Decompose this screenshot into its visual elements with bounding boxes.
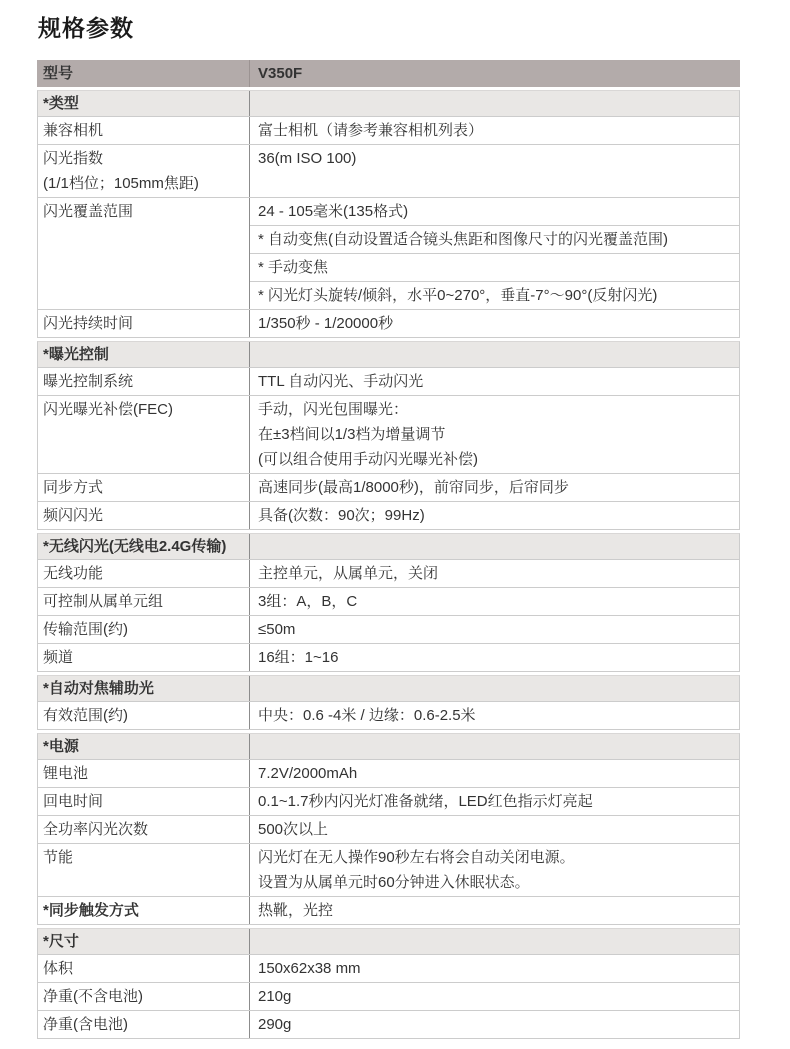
cell-text: 净重(不含电池) [43,984,243,1009]
row-label: *同步触发方式 [38,897,249,924]
row-value-empty [249,342,739,367]
row-label: 兼容相机 [38,117,249,144]
cell-text: *无线闪光(无线电2.4G传输) [43,535,243,558]
row-value-empty [249,534,739,559]
cell-text: V350F [258,61,729,86]
page-title: 规格参数 [38,10,740,43]
row-label: 频闪闪光 [38,502,249,529]
row-value-empty [249,929,739,954]
section-header-row: *无线闪光(无线电2.4G传输) [37,533,740,560]
cell-text: *尺寸 [43,930,243,953]
table-row: 净重(不含电池)210g [37,983,740,1011]
value-subrow: 3组：A，B，C [250,588,739,615]
cell-text: 闪光指数 [43,146,243,171]
table-row: 锂电池7.2V/2000mAh [37,760,740,788]
row-value: 500次以上 [249,816,739,843]
value-subrow: 0.1~1.7秒内闪光灯准备就绪，LED红色指示灯亮起 [250,788,739,815]
row-value: 高速同步(最高1/8000秒)，前帘同步，后帘同步 [249,474,739,501]
row-label: *无线闪光(无线电2.4G传输) [38,534,249,559]
row-label: 同步方式 [38,474,249,501]
table-row: 闪光指数(1/1档位；105mm焦距)36(m ISO 100) [37,145,740,198]
table-row: 有效范围(约)中央：0.6 -4米 / 边缘：0.6-2.5米 [37,702,740,730]
table-header-row: 型号V350F [37,60,740,87]
value-subrow: 36(m ISO 100) [250,145,739,197]
row-label: 锂电池 [38,760,249,787]
row-label: *类型 [38,91,249,116]
cell-text: 兼容相机 [43,118,243,143]
row-value: 手动，闪光包围曝光：在±3档间以1/3档为增量调节(可以组合使用手动闪光曝光补偿… [249,396,739,473]
cell-text: 闪光覆盖范围 [43,199,243,224]
row-label: 闪光曝光补偿(FEC) [38,396,249,473]
section-header-row: *类型 [37,90,740,117]
row-label: 可控制从属单元组 [38,588,249,615]
cell-text: 净重(含电池) [43,1012,243,1037]
cell-text: 热靴，光控 [258,898,729,923]
row-value: 中央：0.6 -4米 / 边缘：0.6-2.5米 [249,702,739,729]
cell-text: *自动对焦辅助光 [43,677,243,700]
cell-text: * 手动变焦 [258,255,729,280]
cell-text: TTL 自动闪光、手动闪光 [258,369,729,394]
row-value: V350F [249,60,739,87]
row-value: 富士相机（请参考兼容相机列表） [249,117,739,144]
table-row: 闪光覆盖范围24 - 105毫米(135格式)* 自动变焦(自动设置适合镜头焦距… [37,198,740,310]
cell-text: ≤50m [258,617,729,642]
row-value: 闪光灯在无人操作90秒左右将会自动关闭电源。设置为从属单元时60分钟进入休眠状态… [249,844,739,896]
row-value-empty [249,734,739,759]
value-subrow: * 自动变焦(自动设置适合镜头焦距和图像尺寸的闪光覆盖范围) [250,225,739,253]
cell-text: 频道 [43,645,243,670]
cell-text: 290g [258,1012,729,1037]
row-label: 净重(含电池) [38,1011,249,1038]
cell-text: 210g [258,984,729,1009]
row-label: *自动对焦辅助光 [38,676,249,701]
row-value: 150x62x38 mm [249,955,739,982]
value-subrow: 500次以上 [250,816,739,843]
row-label: 频道 [38,644,249,671]
cell-text: (可以组合使用手动闪光曝光补偿) [258,447,729,472]
section-header-row: *曝光控制 [37,341,740,368]
row-label: 闪光覆盖范围 [38,198,249,309]
row-label: 型号 [38,60,249,87]
value-subrow: 290g [250,1011,739,1038]
row-value-empty [249,676,739,701]
cell-text: 150x62x38 mm [258,956,729,981]
cell-text: 富士相机（请参考兼容相机列表） [258,118,729,143]
row-label: *电源 [38,734,249,759]
row-value: 290g [249,1011,739,1038]
row-label: 闪光指数(1/1档位；105mm焦距) [38,145,249,197]
value-subrow: 210g [250,983,739,1010]
row-label: 回电时间 [38,788,249,815]
cell-text: 回电时间 [43,789,243,814]
table-row: 曝光控制系统TTL 自动闪光、手动闪光 [37,368,740,396]
cell-text: * 自动变焦(自动设置适合镜头焦距和图像尺寸的闪光覆盖范围) [258,227,729,252]
row-value: 210g [249,983,739,1010]
cell-text: 24 - 105毫米(135格式) [258,199,729,224]
section-header-row: *自动对焦辅助光 [37,675,740,702]
row-value: 36(m ISO 100) [249,145,739,197]
value-subrow: * 手动变焦 [250,253,739,281]
value-subrow: 1/350秒 - 1/20000秒 [250,310,739,337]
cell-text: 500次以上 [258,817,729,842]
cell-text: 传输范围(约) [43,617,243,642]
cell-text: 有效范围(约) [43,703,243,728]
table-row: *同步触发方式热靴，光控 [37,897,740,925]
value-subrow: 中央：0.6 -4米 / 边缘：0.6-2.5米 [250,702,739,729]
cell-text: 闪光灯在无人操作90秒左右将会自动关闭电源。 [258,845,729,870]
cell-text: *同步触发方式 [43,898,243,923]
table-row: 闪光曝光补偿(FEC)手动，闪光包围曝光：在±3档间以1/3档为增量调节(可以组… [37,396,740,474]
cell-text: 16组：1~16 [258,645,729,670]
value-subrow: 手动，闪光包围曝光：在±3档间以1/3档为增量调节(可以组合使用手动闪光曝光补偿… [250,396,739,473]
table-row: 传输范围(约)≤50m [37,616,740,644]
row-value: 3组：A，B，C [249,588,739,615]
cell-text: 可控制从属单元组 [43,589,243,614]
row-value: 1/350秒 - 1/20000秒 [249,310,739,337]
value-subrow: 24 - 105毫米(135格式) [250,198,739,225]
cell-text: 频闪闪光 [43,503,243,528]
section-header-row: *尺寸 [37,928,740,955]
row-label: *曝光控制 [38,342,249,367]
value-subrow: 高速同步(最高1/8000秒)，前帘同步，后帘同步 [250,474,739,501]
value-subrow: ≤50m [250,616,739,643]
row-label: 闪光持续时间 [38,310,249,337]
spec-page: 规格参数 型号V350F*类型兼容相机富士相机（请参考兼容相机列表）闪光指数(1… [0,0,790,1049]
row-label: 曝光控制系统 [38,368,249,395]
table-row: 无线功能主控单元，从属单元，关闭 [37,560,740,588]
row-value: TTL 自动闪光、手动闪光 [249,368,739,395]
cell-text: *类型 [43,92,243,115]
row-label: 无线功能 [38,560,249,587]
cell-text: 主控单元，从属单元，关闭 [258,561,729,586]
table-row: 回电时间0.1~1.7秒内闪光灯准备就绪，LED红色指示灯亮起 [37,788,740,816]
cell-text: 曝光控制系统 [43,369,243,394]
value-subrow: 主控单元，从属单元，关闭 [250,560,739,587]
row-label: 传输范围(约) [38,616,249,643]
cell-text: 无线功能 [43,561,243,586]
row-label: 净重(不含电池) [38,983,249,1010]
value-subrow: 闪光灯在无人操作90秒左右将会自动关闭电源。设置为从属单元时60分钟进入休眠状态… [250,844,739,896]
spec-table: 型号V350F*类型兼容相机富士相机（请参考兼容相机列表）闪光指数(1/1档位；… [37,60,740,1039]
table-row: 体积150x62x38 mm [37,955,740,983]
cell-text: (1/1档位；105mm焦距) [43,171,243,196]
cell-text: 锂电池 [43,761,243,786]
value-subrow: 富士相机（请参考兼容相机列表） [250,117,739,144]
cell-text: *电源 [43,735,243,758]
row-label: 节能 [38,844,249,896]
table-row: 频闪闪光具备(次数：90次；99Hz) [37,502,740,530]
value-subrow: 具备(次数：90次；99Hz) [250,502,739,529]
row-label: 全功率闪光次数 [38,816,249,843]
cell-text: 同步方式 [43,475,243,500]
value-subrow: 热靴，光控 [250,897,739,924]
row-value: 0.1~1.7秒内闪光灯准备就绪，LED红色指示灯亮起 [249,788,739,815]
table-row: 节能闪光灯在无人操作90秒左右将会自动关闭电源。设置为从属单元时60分钟进入休眠… [37,844,740,897]
cell-text: 7.2V/2000mAh [258,761,729,786]
cell-text: 1/350秒 - 1/20000秒 [258,311,729,336]
cell-text: 闪光持续时间 [43,311,243,336]
row-value: 热靴，光控 [249,897,739,924]
table-row: 全功率闪光次数500次以上 [37,816,740,844]
row-label: *尺寸 [38,929,249,954]
row-value: 7.2V/2000mAh [249,760,739,787]
table-row: 同步方式高速同步(最高1/8000秒)，前帘同步，后帘同步 [37,474,740,502]
value-subrow: TTL 自动闪光、手动闪光 [250,368,739,395]
row-value-empty [249,91,739,116]
cell-text: 型号 [43,61,243,86]
value-subrow: 16组：1~16 [250,644,739,671]
cell-text: 在±3档间以1/3档为增量调节 [258,422,729,447]
row-value: 具备(次数：90次；99Hz) [249,502,739,529]
table-row: 兼容相机富士相机（请参考兼容相机列表） [37,117,740,145]
value-subrow: 7.2V/2000mAh [250,760,739,787]
row-value: ≤50m [249,616,739,643]
row-value: 主控单元，从属单元，关闭 [249,560,739,587]
value-subrow: V350F [250,60,739,87]
cell-text: 闪光曝光补偿(FEC) [43,397,243,422]
cell-text: 设置为从属单元时60分钟进入休眠状态。 [258,870,729,895]
cell-text: 手动，闪光包围曝光： [258,397,729,422]
cell-text: * 闪光灯头旋转/倾斜，水平0~270°，垂直-7°～90°(反射闪光) [258,283,729,308]
cell-text: 节能 [43,845,243,870]
cell-text: 0.1~1.7秒内闪光灯准备就绪，LED红色指示灯亮起 [258,789,729,814]
cell-text: 中央：0.6 -4米 / 边缘：0.6-2.5米 [258,703,729,728]
section-header-row: *电源 [37,733,740,760]
table-row: 可控制从属单元组3组：A，B，C [37,588,740,616]
row-label: 体积 [38,955,249,982]
table-row: 净重(含电池)290g [37,1011,740,1039]
cell-text: 全功率闪光次数 [43,817,243,842]
cell-text: 体积 [43,956,243,981]
table-row: 闪光持续时间1/350秒 - 1/20000秒 [37,310,740,338]
cell-text: 3组：A，B，C [258,589,729,614]
cell-text: *曝光控制 [43,343,243,366]
row-value: 24 - 105毫米(135格式)* 自动变焦(自动设置适合镜头焦距和图像尺寸的… [249,198,739,309]
row-label: 有效范围(约) [38,702,249,729]
value-subrow: 150x62x38 mm [250,955,739,982]
table-row: 频道16组：1~16 [37,644,740,672]
row-value: 16组：1~16 [249,644,739,671]
cell-text: 高速同步(最高1/8000秒)，前帘同步，后帘同步 [258,475,729,500]
value-subrow: * 闪光灯头旋转/倾斜，水平0~270°，垂直-7°～90°(反射闪光) [250,281,739,309]
cell-text: 具备(次数：90次；99Hz) [258,503,729,528]
cell-text: 36(m ISO 100) [258,146,729,171]
